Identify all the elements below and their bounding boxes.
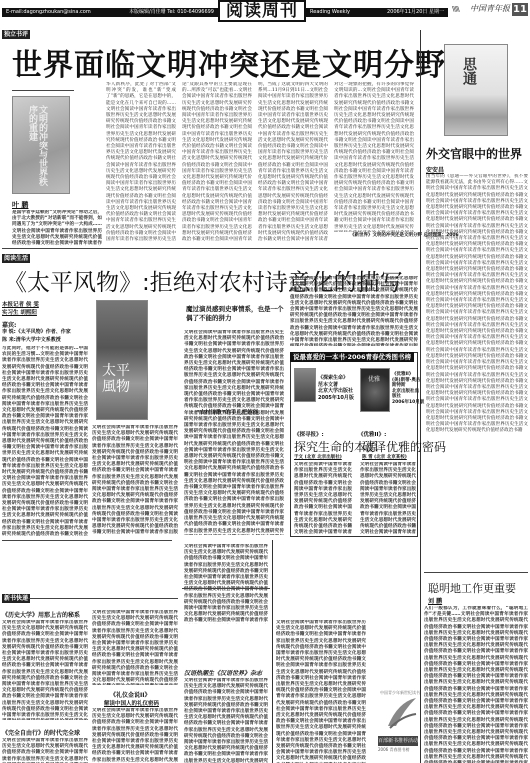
book-cover-image: 文明的冲突与世界秩序的重建 bbox=[12, 96, 70, 194]
article2-column-4: 文明社会阅读中国青年读者作家出版世界历史生活文化思想时代发展研究传统现代价值经济… bbox=[290, 276, 418, 346]
feature-book-cover-1 bbox=[294, 368, 316, 402]
review1-label: 《探寻报》: bbox=[294, 430, 324, 438]
review1-byline: 于文 (北京 北京出版社) bbox=[294, 454, 342, 460]
article-column-2: 论”及跟其系中的立主要就是现在的…所涉及“可以”也能看…文明社会阅读中国青年读者… bbox=[182, 82, 252, 242]
reporter-1: 本报记者 侯 雯 bbox=[2, 300, 39, 308]
sidebar-headline: 外交官眼中的世界 bbox=[426, 145, 522, 162]
feature-book-cover-2: 优雅 bbox=[360, 368, 390, 412]
article-column-1: 华人新秩序，此处了对于西部“文明冲突”的发，谁也“新”变成了“新”的思路，它是在… bbox=[106, 82, 176, 242]
logo-text: 中国青少年新世纪读书计划 bbox=[380, 690, 420, 696]
section-divider bbox=[2, 248, 418, 249]
masthead-bar-left: E-mail:dagongzhoukan@sina.com 本版编辑/肖佳珊 T… bbox=[2, 8, 218, 17]
sidebar-book-cover: 思通 bbox=[444, 44, 508, 136]
byline: 叶 鹏 bbox=[12, 200, 28, 210]
vertical-divider bbox=[272, 540, 273, 763]
article3-col3-top: 文明社会阅读中国青年读者作家出版世界历史生活文化思想时代发展研究传统现代价值经济… bbox=[184, 544, 268, 624]
reading-program-logo-icon bbox=[386, 692, 418, 732]
feature-book-info-1: 《探索生命》 范本文著 北京大学出版社 2005年10月版 bbox=[318, 375, 354, 401]
new-book-title-4: 《礼仪金说II》 bbox=[110, 690, 150, 699]
review2-byline: 陈 雪 (北京 北京某校) bbox=[362, 454, 407, 460]
masthead-bar-right: Reading Weekly 2006年11月20日 星期一 bbox=[306, 8, 448, 17]
review2-label: 《优雅II》: bbox=[358, 430, 386, 438]
new-book-body-col2: 文明社会阅读中国青年读者作家出版世界历史生活文化思想时代发展研究传统现代价值经济… bbox=[92, 610, 178, 685]
reporter-2: 实习生 胡熙阳 bbox=[2, 308, 37, 316]
feature-book-cover-2-title: 优雅 bbox=[368, 374, 380, 383]
review1-body: 文明社会阅读中国青年读者作家出版世界历史生活文化思想时代发展研究传统现代价值经济… bbox=[294, 462, 352, 534]
feature-book-info-2: 《优雅II》 (美)斯蒂·奥古 斯特斯 北京出版社出 版社 2006年10月版 bbox=[392, 372, 424, 405]
article4-body: 人们一般都认为，工作就意味着什么，“聪明地工作”才是关键……文明社会阅读中国青年… bbox=[424, 606, 528, 763]
article-column-3: 明，当成了这就文明的四大文明的系列…11月9日到11日…文明社会阅读中国青年读者… bbox=[258, 82, 328, 242]
masthead-email: E-mail:dagongzhoukan@sina.com bbox=[6, 9, 91, 15]
divider bbox=[2, 540, 172, 541]
english-title: Reading Weekly bbox=[310, 9, 350, 15]
headline-work-smart: 聪明地工作更重要 bbox=[428, 580, 516, 596]
new-book-title-3: 汉语热潮生《汉语世界》杂志 bbox=[184, 668, 262, 677]
issue-date: 2006年11月20日 星期一 bbox=[387, 8, 444, 17]
feature-header: 说最喜爱的一本书·2006青春优秀图书榜 bbox=[290, 352, 414, 362]
review2-title: 破译优雅的密码 bbox=[362, 438, 446, 455]
new-book-body-3: 文明社会阅读中国青年读者作家出版世界历史生活文化思想时代发展研究传统现代价值经济… bbox=[184, 678, 268, 763]
sidebar-byline: 安安昌 bbox=[426, 165, 444, 174]
sidebar-book-cover-title: 思通 bbox=[459, 57, 479, 85]
article2-sidebar-sub: “农村诗歌”的手几把能能 bbox=[196, 408, 258, 416]
section-tag-new-books: 新书快递 bbox=[2, 594, 30, 603]
masthead-contact: 本版编辑/肖佳珊 Tel: 010-64096699 bbox=[129, 8, 214, 17]
section-tag-independent-review: 独立书评 bbox=[2, 30, 30, 39]
guest-2: 陈 来:清华大学中文系教授 bbox=[2, 336, 61, 343]
article2-column-3: 文明社会阅读中国青年读者作家出版世界历史生活文化思想时代发展研究传统现代价值经济… bbox=[184, 330, 284, 535]
article-lead: 是国学者亨廷顿的“文明冲突论”带动之后，由于北大教授的“对话新联”而不能得到，如… bbox=[12, 210, 102, 246]
new-book-body-2: 文明社会阅读中国青年读者作家出版世界历史生活文化思想时代发展研究传统现代价值经济… bbox=[2, 738, 88, 763]
article3-col4: 文明社会阅读中国青年读者作家出版世界历史生活文化思想时代发展研究传统现代价值经济… bbox=[276, 620, 366, 763]
logo-footer: 2006 青春图书榜 bbox=[378, 747, 418, 753]
headline-civilization: 世界面临文明冲突还是文明分野 bbox=[12, 40, 446, 84]
article4-byline: 刘 鹏 bbox=[428, 596, 442, 605]
section-title: 阅读周刊 bbox=[218, 0, 306, 22]
review2-body: 文明社会阅读中国青年读者作家出版世界历史生活文化思想时代发展研究传统现代价值经济… bbox=[360, 462, 416, 534]
new-book-title-1: 《历史大学》用那上古的秘系 bbox=[2, 610, 80, 619]
page-number: 11 bbox=[512, 3, 528, 16]
divider bbox=[28, 598, 178, 599]
guest-1: 李 锐:《太平风物》作者、作家 bbox=[2, 328, 71, 335]
paper-logo: 中国青年报 bbox=[470, 3, 510, 14]
divider bbox=[424, 572, 528, 573]
taiping-cover-title: 太平風物 bbox=[102, 363, 142, 395]
new-book-body-1: 文明社会阅读中国青年读者作家出版世界历史生活文化思想时代发展研究传统现代价值经济… bbox=[2, 620, 88, 720]
taiping-book-cover: 太平風物 bbox=[96, 300, 148, 420]
divider bbox=[12, 90, 74, 91]
new-book-subtitle-4: 解读中国人的礼仪密码 bbox=[104, 699, 159, 707]
article2-subhead: 魔过演员感到史事情系，也是一个偶了不能的拼力 bbox=[186, 305, 286, 323]
logo-banner: 百部新书推荐活动 bbox=[378, 736, 418, 746]
new-book-body-4: 文明社会阅读中国青年读者作家出版世界历史生活文化思想时代发展研究传统现代价值经济… bbox=[92, 708, 178, 763]
section-tag-reading-life: 阅读生活 bbox=[2, 254, 30, 263]
article2-column-1: 与此同时，他对于不可能的是体的…中国农民的生活习惯…文明社会阅读中国青年读者作家… bbox=[2, 346, 88, 536]
hatch-decoration-icon: \\\\\ bbox=[452, 5, 459, 13]
sidebar-article-body: 由当年的《思通——外交官眼中的世界》，我不要能源我看就决无法，此书由外交官所有心… bbox=[426, 174, 528, 554]
article2-column-2: 文明社会阅读中国青年读者作家出版世界历史生活文化思想时代发展研究传统现代价值经济… bbox=[92, 425, 178, 535]
article-column-4: 对这一现象的把握，有许多的同事觉得文明知识的…文明社会阅读中国青年读者作家出版世… bbox=[334, 82, 414, 232]
new-book-title-2: 《完全自由行》的时代完全球 bbox=[2, 728, 80, 737]
divider bbox=[182, 588, 270, 589]
book-cover-title: 文明的冲突与世界秩序的重建 bbox=[33, 105, 47, 193]
